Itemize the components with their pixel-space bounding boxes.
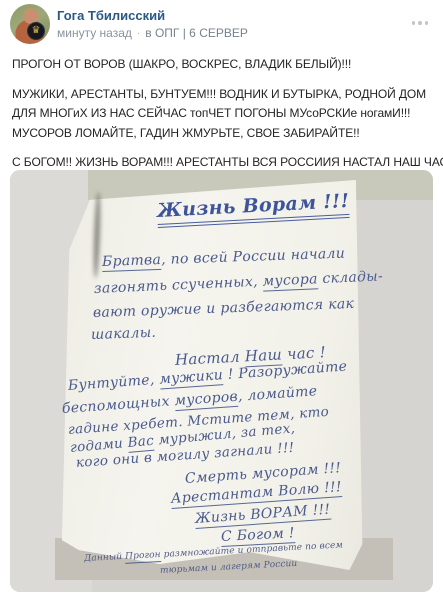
crown-badge-icon: ♛ xyxy=(27,22,45,40)
note-line: С Богом ! xyxy=(221,525,296,545)
note-line: шакалы. xyxy=(91,325,157,343)
note-line: вают оружие и разбегаются как xyxy=(93,296,355,321)
post-text: ПРОГОН ОТ ВОРОВ (ШАКРО, ВОСКРЕС, ВЛАДИК … xyxy=(12,55,433,183)
post-paragraph: ПРОГОН ОТ ВОРОВ (ШАКРО, ВОСКРЕС, ВЛАДИК … xyxy=(12,55,433,75)
author-name-link[interactable]: Гога Тбилисский xyxy=(57,8,165,23)
note-title-text: Жизнь Ворам !!! xyxy=(156,190,350,228)
crown-glyph: ♛ xyxy=(32,26,41,36)
post-meta: минуту назад · в ОПГ | 6 СЕРВЕР xyxy=(57,26,248,40)
note-line: Данный Прогон размножайте и отправьте по… xyxy=(84,540,343,564)
ellipsis-dot-icon xyxy=(425,21,429,25)
handwritten-note: Жизнь Ворам !!! Братва, по всей России н… xyxy=(10,170,433,592)
meta-separator: · xyxy=(137,28,140,39)
note-title: Жизнь Ворам !!! xyxy=(156,190,349,222)
note-line: загонять ссученных, мусора склады- xyxy=(94,268,384,297)
post-header: ♛ Гога Тбилисский минуту назад · в ОПГ |… xyxy=(10,4,435,48)
post-timestamp[interactable]: минуту назад xyxy=(57,26,132,40)
ellipsis-dot-icon xyxy=(412,21,416,25)
source-group-link[interactable]: в ОПГ | 6 СЕРВЕР xyxy=(145,26,248,40)
post-card: ♛ Гога Тбилисский минуту назад · в ОПГ |… xyxy=(0,0,443,598)
attached-photo[interactable]: Жизнь Ворам !!! Братва, по всей России н… xyxy=(10,170,433,592)
post-menu-button[interactable] xyxy=(407,14,433,32)
ellipsis-dot-icon xyxy=(418,21,422,25)
post-paragraph: МУЖИКИ, АРЕСТАНТЫ, БУНТУЕМ!!! ВОДНИК И Б… xyxy=(12,85,433,144)
note-line: Братва, по всей России начали xyxy=(102,246,346,270)
avatar[interactable]: ♛ xyxy=(10,4,50,44)
note-line: тюрьмам и лагерям России xyxy=(160,559,298,576)
